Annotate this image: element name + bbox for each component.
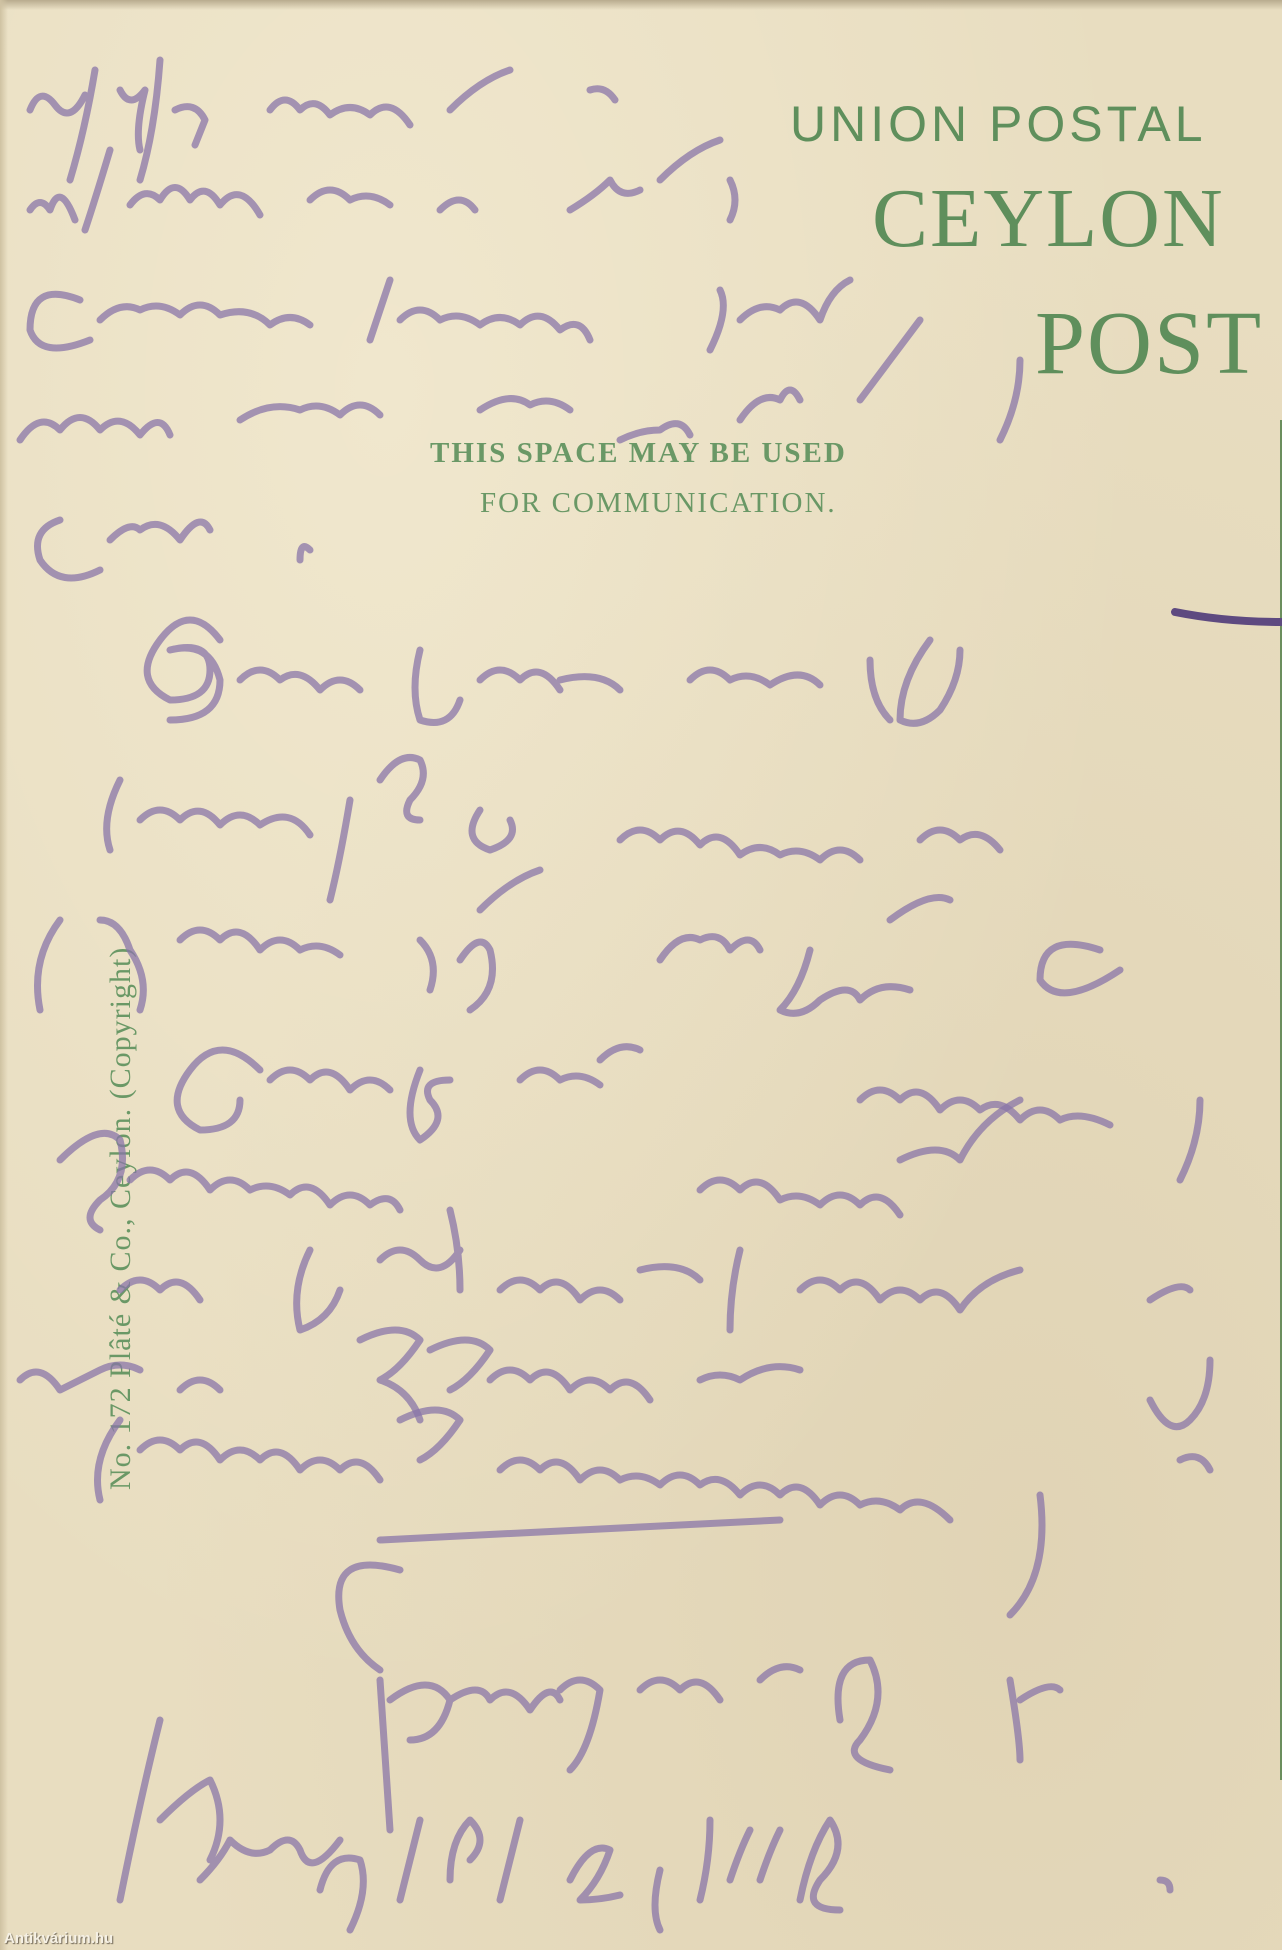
card-top-edge: [0, 0, 1282, 10]
watermark: Antikvárium.hu: [4, 1930, 113, 1947]
communication-notice-line1: THIS SPACE MAY BE USED: [430, 437, 847, 470]
card-left-edge: [0, 0, 8, 1950]
header-ceylon: CEYLON: [872, 170, 1225, 267]
header-post: POST: [1035, 292, 1263, 395]
publisher-imprint: No. 172 Plâté & Co., Ceylon. (Copyright): [104, 947, 138, 1490]
communication-notice-line2: FOR COMMUNICATION.: [480, 487, 837, 520]
postcard-back: UNION POSTAL CEYLON POST THIS SPACE MAY …: [0, 0, 1282, 1950]
handwritten-signature: Hajós ...: [0, 0, 4, 1]
header-union-postal: UNION POSTAL: [790, 95, 1207, 153]
